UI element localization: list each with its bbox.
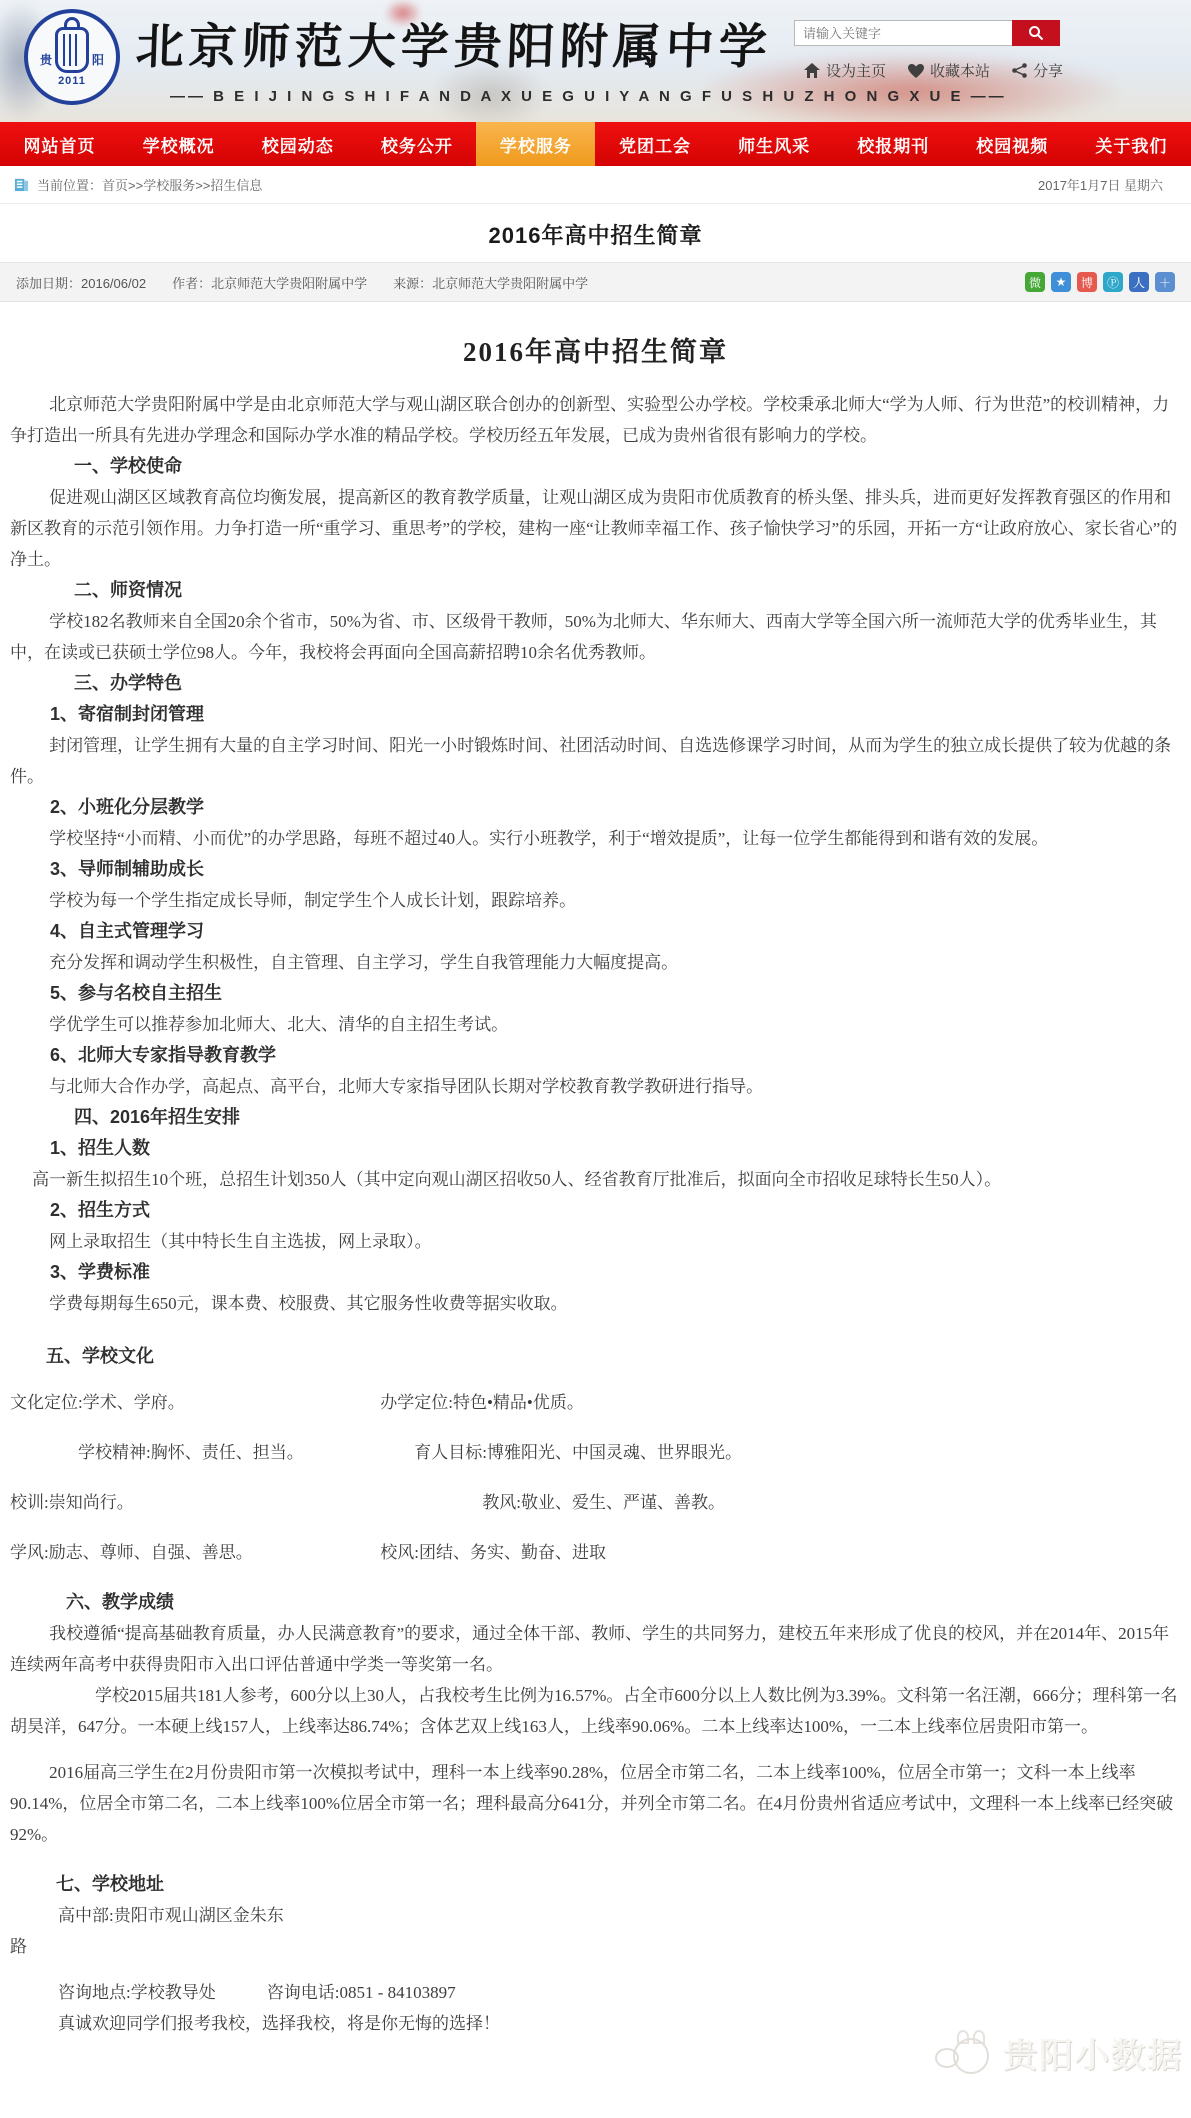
article-block-p: 封闭管理，让学生拥有大量的自主学习时间、阳光一小时锻炼时间、社团活动时间、自选选… [10,730,1181,792]
article-block-p: 我校遵循“提高基础教育质量，办人民满意教育”的要求，通过全体干部、教师、学生的共… [10,1618,1181,1680]
set-homepage-label: 设为主页 [826,60,886,81]
school-pinyin: —— B E I J I N G S H I F A N D A X U E G… [170,88,1007,105]
logo-bell-handle-icon [64,17,80,29]
article-block-culture: 校训:崇知尚行。 教风:敬业、爱生、严谨、善教。 [10,1487,1181,1518]
share-icons-row: 微★博Ⓟ人＋ [1025,272,1175,292]
article-block-culture: 学校精神:胸怀、责任、担当。 育人目标:博雅阳光、中国灵魂、世界眼光。 [10,1437,1181,1468]
breadcrumb-bar: 当前位置： 首页>>学校服务>>招生信息 2017年1月7日 星期六 [0,166,1191,204]
meta-added-date: 添加日期：2016/06/02 [16,273,146,292]
article-block-li: 高中部:贵阳市观山湖区金朱东 [58,1900,1181,1931]
article-title: 2016年高中招生简章 [10,330,1181,369]
article: 2016年高中招生简章 北京师范大学贵阳附属中学是由北京师范大学与观山湖区联合创… [0,302,1191,2039]
nav-item-9[interactable]: 校园视频 [953,122,1072,166]
article-block-line: 路 [10,1931,1181,1962]
article-block-p: 促进观山湖区区域教育高位均衡发展，提高新区的教育教学质量，让观山湖区成为贵阳市优… [10,482,1181,575]
article-block-gap [10,1372,1181,1387]
bookmark-site-link[interactable]: 收藏本站 [908,60,990,81]
nav-item-1[interactable]: 网站首页 [0,122,119,166]
search-button[interactable] [1012,20,1060,46]
article-block-p: 充分发挥和调动学生积极性，自主管理、自主学习，学生自我管理能力大幅度提高。 [10,947,1181,978]
search-bar [794,20,1060,46]
article-block-sh: 1、寄宿制封闭管理 [50,699,1181,730]
watermark-mascot-icon [935,2026,993,2078]
article-block-h36: 五、学校文化 [46,1341,1181,1372]
article-block-h56: 六、教学成绩 [66,1587,1181,1618]
breadcrumb-path[interactable]: 首页>>学校服务>>招生信息 [102,175,262,194]
page-title: 2016年高中招生简章 [0,204,1191,262]
watermark: 贵阳小数据 [935,2026,1183,2078]
share-label: 分享 [1033,60,1063,81]
article-block-gap [10,1742,1181,1757]
share-link[interactable]: 分享 [1012,60,1063,81]
wechat-icon[interactable]: 微 [1025,272,1045,292]
nav-item-3[interactable]: 校园动态 [238,122,357,166]
nav-item-6[interactable]: 党团工会 [595,122,714,166]
article-block-p: 北京师范大学贵阳附属中学是由北京师范大学与观山湖区联合创办的创新型、实验型公办学… [10,389,1181,451]
watermark-text: 贵阳小数据 [1003,2028,1183,2077]
nav-item-10[interactable]: 关于我们 [1072,122,1191,166]
article-body: 北京师范大学贵阳附属中学是由北京师范大学与观山湖区联合创办的创新型、实验型公办学… [10,389,1181,2039]
nav-item-7[interactable]: 师生风采 [715,122,834,166]
logo-year: 2011 [28,75,116,87]
home-icon [804,63,820,78]
more-share-icon[interactable]: ＋ [1155,272,1175,292]
article-block-culture: 文化定位:学术、学府。 办学定位:特色•精品•优质。 [10,1387,1181,1418]
school-name: 北京师范大学贵阳附属中学 [135,8,773,77]
article-block-p2: 学校2015届共181人参考，600分以上30人，占我校考生比例为16.57%。… [10,1680,1181,1742]
article-block-li: 咨询地点:学校教导处 咨询电话:0851 - 84103897 [58,1977,1181,2008]
nav: 网站首页学校概况校园动态校务公开学校服务党团工会师生风采校报期刊校园视频关于我们 [0,122,1191,166]
article-block-h: 四、2016年招生安排 [74,1102,1181,1133]
article-block-sh: 6、北师大专家指导教育教学 [50,1040,1181,1071]
quick-links: 设为主页 收藏本站 分享 [804,60,1063,81]
meta-bar: 添加日期：2016/06/02 作者：北京师范大学贵阳附属中学 来源：北京师范大… [0,262,1191,302]
share-icon [1012,63,1027,78]
search-input[interactable] [794,20,1012,46]
weibo-icon[interactable]: 博 [1077,272,1097,292]
school-logo: 贵 阳 2011 [24,9,120,105]
article-block-sh: 2、小班化分层教学 [50,792,1181,823]
article-block-h: 三、办学特色 [74,668,1181,699]
baidu-icon[interactable]: Ⓟ [1103,272,1123,292]
logo-right-char: 阳 [92,51,104,68]
renren-icon[interactable]: 人 [1129,272,1149,292]
article-block-p: 学费每期每生650元，课本费、校服费、其它服务性收费等据实收取。 [10,1288,1181,1319]
breadcrumb-label: 当前位置： [37,175,102,194]
article-block-gap [10,1850,1181,1865]
heart-icon [908,64,924,78]
meta-author: 作者：北京师范大学贵阳附属中学 [172,273,367,292]
article-block-sh: 5、参与名校自主招生 [50,978,1181,1009]
nav-item-5[interactable]: 学校服务 [476,122,595,166]
article-block-p: 2016届高三学生在2月份贵阳市第一次模拟考试中，理科一本上线率90.28%，位… [10,1757,1181,1850]
article-block-sh: 3、学费标准 [50,1257,1181,1288]
article-block-p: 学优学生可以推荐参加北师大、北大、清华的自主招生考试。 [10,1009,1181,1040]
article-block-h46: 七、学校地址 [56,1869,1181,1900]
article-block-h: 二、师资情况 [74,575,1181,606]
set-homepage-link[interactable]: 设为主页 [804,60,886,81]
article-block-p1: 高一新生拟招生10个班，总招生计划350人（其中定向观山湖区招收50人、经省教育… [10,1164,1181,1195]
header: 贵 阳 2011 北京师范大学贵阳附属中学 —— B E I J I N G S… [0,0,1191,122]
article-block-culture: 学风:励志、尊师、自强、善思。 校风:团结、务实、勤奋、进取 [10,1537,1181,1568]
magnifier-icon [1028,25,1044,41]
qzone-icon[interactable]: ★ [1051,272,1071,292]
bookmark-site-label: 收藏本站 [930,60,990,81]
nav-item-2[interactable]: 学校概况 [119,122,238,166]
article-block-p: 学校为每一个学生指定成长导师，制定学生个人成长计划，跟踪培养。 [10,885,1181,916]
article-block-p: 学校182名教师来自全国20余个省市，50%为省、市、区级骨干教师，50%为北师… [10,606,1181,668]
article-block-gap [10,1962,1181,1977]
current-date: 2017年1月7日 星期六 [1038,175,1163,194]
nav-item-4[interactable]: 校务公开 [357,122,476,166]
location-icon [14,177,29,192]
page: 贵 阳 2011 北京师范大学贵阳附属中学 —— B E I J I N G S… [0,0,1191,2118]
meta-source: 来源：北京师范大学贵阳附属中学 [393,273,588,292]
article-block-h: 一、学校使命 [74,451,1181,482]
article-block-sh: 1、招生人数 [50,1133,1181,1164]
nav-item-8[interactable]: 校报期刊 [834,122,953,166]
article-block-p: 网上录取招生（其中特长生自主选拔，网上录取）。 [10,1226,1181,1257]
logo-emblem-icon [55,27,89,73]
logo-left-char: 贵 [40,51,52,68]
article-block-sh: 4、自主式管理学习 [50,916,1181,947]
article-block-p: 与北师大合作办学，高起点、高平台，北师大专家指导团队长期对学校教育教学教研进行指… [10,1071,1181,1102]
article-block-p: 学校坚持“小而精、小而优”的办学思路，每班不超过40人。实行小班教学，利于“增效… [10,823,1181,854]
article-block-sh: 3、导师制辅助成长 [50,854,1181,885]
article-block-sh: 2、招生方式 [50,1195,1181,1226]
